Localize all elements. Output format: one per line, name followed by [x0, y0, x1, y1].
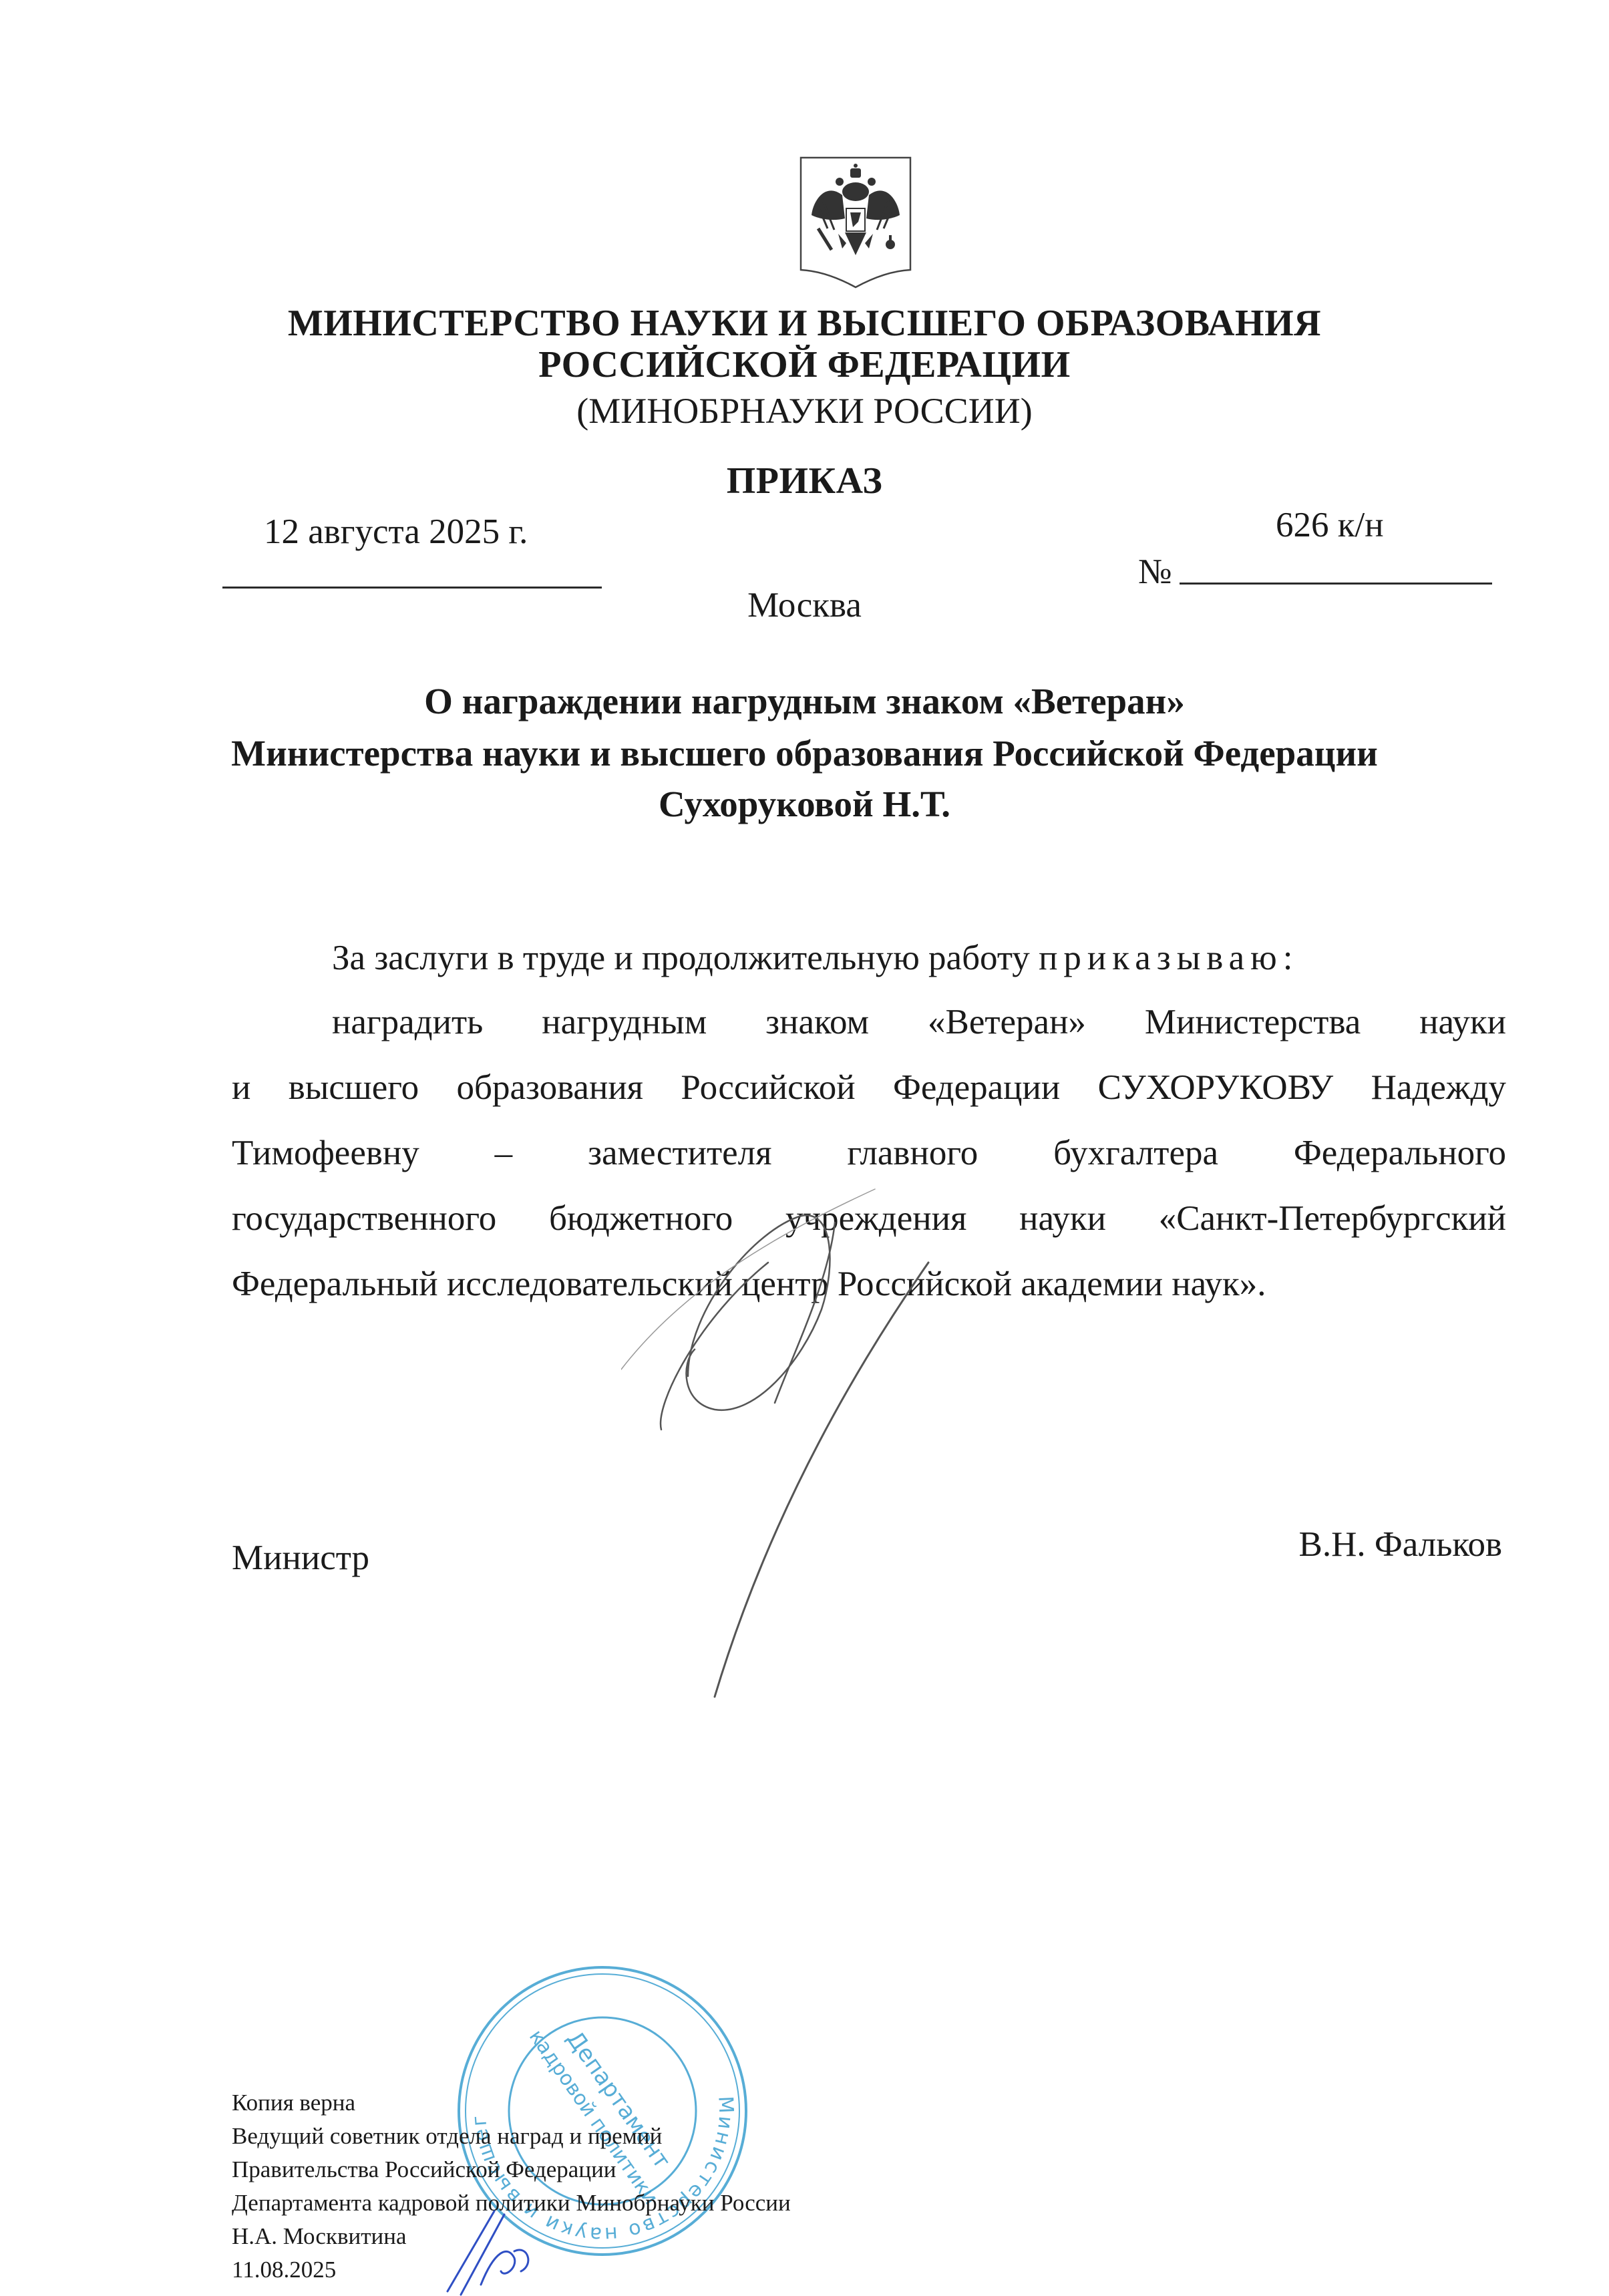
word: «Ветеран» [928, 1002, 1086, 1042]
stamp-inner-text-1: Департамент [561, 2026, 675, 2174]
recipient-name: Надежду [1371, 1068, 1506, 1108]
word: главного [847, 1133, 978, 1173]
ministry-short-name: (МИНОБРНАУКИ РОССИИ) [0, 390, 1609, 432]
preamble-text: За заслуги в труде и продолжительную раб… [332, 939, 1030, 977]
word: образования [456, 1068, 643, 1108]
document-type: ПРИКАЗ [0, 460, 1609, 502]
word: знаком [765, 1002, 869, 1042]
department-stamp-icon: Министерство науки и высшего образования… [449, 1957, 756, 2265]
signatory-name: В.Н. Фальков [1299, 1524, 1502, 1565]
word: «Санкт-Петербургский [1159, 1198, 1506, 1239]
number-underline [1180, 583, 1492, 585]
word: заместителя [588, 1133, 771, 1173]
order-number: 626 к/н [1276, 505, 1384, 545]
footer-position: Ведущий советник отдела наград и премий [232, 2123, 662, 2150]
word: бюджетного [549, 1198, 733, 1239]
word: высшего [289, 1068, 419, 1108]
signatory-position: Министр [232, 1538, 369, 1578]
footer-position-2: Правительства Российской Федерации [232, 2156, 616, 2183]
word: нагрудным [542, 1002, 707, 1042]
order-date: 12 августа 2025 г. [264, 512, 528, 552]
order-word: приказываю: [1039, 939, 1298, 977]
ministry-name-line2: РОССИЙСКОЙ ФЕДЕРАЦИИ [0, 343, 1609, 386]
coat-of-arms-emblem [798, 155, 913, 289]
recipient-patronymic: Тимофеевну [232, 1133, 419, 1173]
word: и [232, 1068, 250, 1108]
double-headed-eagle-icon [798, 155, 913, 289]
ministry-name-line1: МИНИСТЕРСТВО НАУКИ И ВЫСШЕГО ОБРАЗОВАНИЯ [0, 302, 1609, 345]
city: Москва [0, 585, 1609, 625]
body-line-5: Федеральный исследовательский центр Росс… [232, 1264, 1506, 1304]
copy-signature-icon [441, 2204, 574, 2296]
footer-copy-verified: Копия верна [232, 2090, 355, 2116]
word: учреждения [785, 1198, 966, 1239]
word: Российской [681, 1068, 855, 1108]
body-line-1: наградить нагрудным знаком «Ветеран» Мин… [332, 1002, 1506, 1042]
body-line-4: государственного бюджетного учреждения н… [232, 1198, 1506, 1239]
word: науки [1419, 1002, 1506, 1042]
word: Министерства [1145, 1002, 1361, 1042]
footer-date: 11.08.2025 [232, 2257, 336, 2283]
footer-name: Н.А. Москвитина [232, 2223, 407, 2250]
dash: – [495, 1133, 513, 1173]
word: бухгалтера [1053, 1133, 1218, 1173]
recipient-surname: СУХОРУКОВУ [1098, 1068, 1334, 1108]
order-title-line3: Сухоруковой Н.Т. [0, 783, 1609, 825]
word: науки [1019, 1198, 1106, 1239]
footer-department: Департамента кадровой политики Минобрнау… [232, 2190, 791, 2217]
body-preamble: За заслуги в труде и продолжительную раб… [332, 938, 1298, 978]
order-title-line1: О награждении нагрудным знаком «Ветеран» [0, 680, 1609, 722]
word: наградить [332, 1002, 483, 1042]
word: Федерации [893, 1068, 1060, 1108]
body-line-2: и высшего образования Российской Федерац… [232, 1068, 1506, 1108]
body-line-3: Тимофеевну – заместителя главного бухгал… [232, 1133, 1506, 1173]
word: государственного [232, 1198, 496, 1239]
word: Федерального [1294, 1133, 1506, 1173]
order-title-line2: Министерства науки и высшего образования… [0, 732, 1609, 774]
